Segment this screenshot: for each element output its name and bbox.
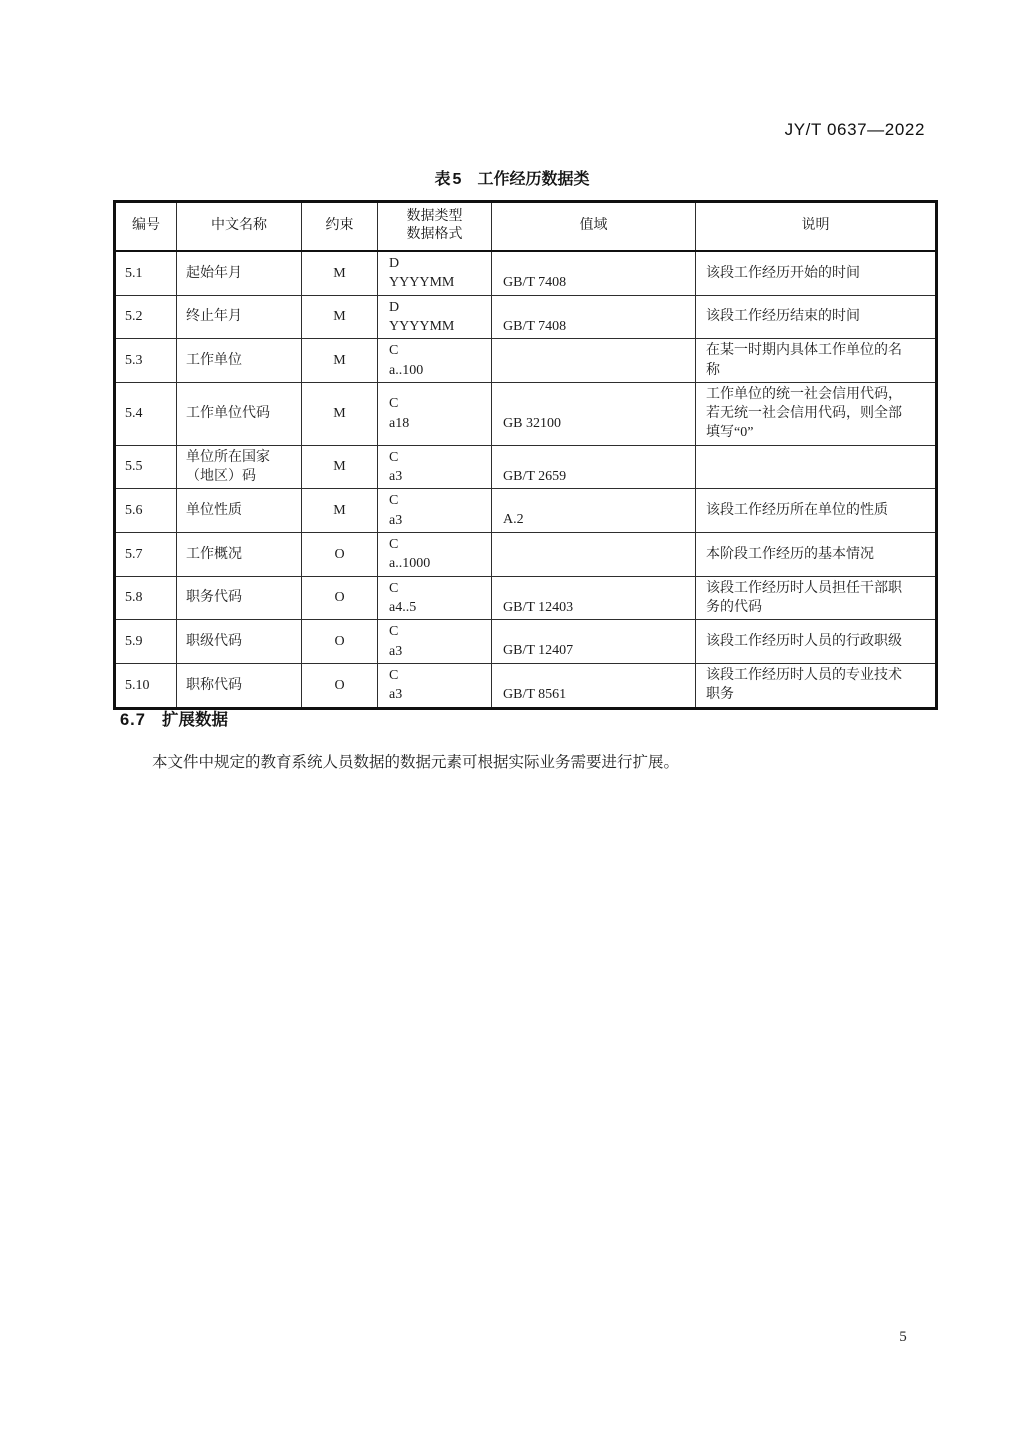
cell-domain: GB 32100 — [492, 382, 696, 445]
data-type: C — [389, 394, 487, 413]
cell-name: 起始年月 — [177, 251, 302, 295]
section-heading: 6.7扩展数据 — [120, 706, 228, 730]
table-row: 5.10职称代码OCa3GB/T 8561该段工作经历时人员的专业技术职务 — [115, 663, 937, 708]
cell-name: 工作概况 — [177, 533, 302, 577]
cell-id: 5.5 — [115, 445, 177, 489]
cell-desc: 该段工作经历时人员的专业技术职务 — [696, 663, 937, 708]
cell-domain: GB/T 7408 — [492, 295, 696, 339]
cell-constraint: O — [302, 576, 378, 620]
cell-id: 5.6 — [115, 489, 177, 533]
data-type: C — [389, 448, 487, 467]
cell-type-format: DYYYYMM — [378, 295, 492, 339]
document-number: JY/T 0637—2022 — [785, 120, 925, 140]
table-row: 5.8职务代码OCa4..5GB/T 12403该段工作经历时人员担任干部职务的… — [115, 576, 937, 620]
table-body: 5.1起始年月MDYYYYMMGB/T 7408该段工作经历开始的时间5.2终止… — [115, 251, 937, 708]
table-row: 5.2终止年月MDYYYYMMGB/T 7408该段工作经历结束的时间 — [115, 295, 937, 339]
cell-type-format: DYYYYMM — [378, 251, 492, 295]
column-header-constraint: 约束 — [302, 202, 378, 251]
data-type: C — [389, 666, 487, 685]
cell-domain: GB/T 7408 — [492, 251, 696, 295]
cell-type-format: Ca3 — [378, 445, 492, 489]
cell-domain: GB/T 2659 — [492, 445, 696, 489]
data-type: D — [389, 298, 487, 317]
cell-domain — [492, 533, 696, 577]
cell-id: 5.7 — [115, 533, 177, 577]
table-caption-title: 工作经历数据类 — [477, 171, 589, 188]
cell-constraint: M — [302, 445, 378, 489]
cell-constraint: M — [302, 339, 378, 383]
column-header-name: 中文名称 — [177, 202, 302, 251]
cell-name: 单位所在国家（地区）码 — [177, 445, 302, 489]
table-row: 5.1起始年月MDYYYYMMGB/T 7408该段工作经历开始的时间 — [115, 251, 937, 295]
cell-domain: GB/T 8561 — [492, 663, 696, 708]
cell-type-format: Ca3 — [378, 620, 492, 664]
table-header-row: 编号 中文名称 约束 数据类型 数据格式 值域 说明 — [115, 202, 937, 251]
cell-id: 5.9 — [115, 620, 177, 664]
cell-name: 职称代码 — [177, 663, 302, 708]
cell-id: 5.4 — [115, 382, 177, 445]
domain-text: GB/T 7408 — [503, 317, 691, 336]
data-type: C — [389, 535, 487, 554]
cell-desc: 本阶段工作经历的基本情况 — [696, 533, 937, 577]
table-row: 5.3工作单位MCa..100在某一时期内具体工作单位的名称 — [115, 339, 937, 383]
cell-constraint: O — [302, 663, 378, 708]
domain-text: GB/T 7408 — [503, 273, 691, 292]
cell-name: 工作单位代码 — [177, 382, 302, 445]
data-format: a..100 — [389, 361, 487, 380]
domain-text: GB 32100 — [503, 414, 691, 433]
table-row: 5.9职级代码OCa3GB/T 12407该段工作经历时人员的行政职级 — [115, 620, 937, 664]
table-row: 5.7工作概况OCa..1000本阶段工作经历的基本情况 — [115, 533, 937, 577]
cell-constraint: M — [302, 382, 378, 445]
cell-name: 职务代码 — [177, 576, 302, 620]
table-caption-number: 表5 — [435, 171, 464, 188]
table-row: 5.5单位所在国家（地区）码MCa3GB/T 2659 — [115, 445, 937, 489]
cell-desc: 该段工作经历时人员担任干部职务的代码 — [696, 576, 937, 620]
table-row: 5.6单位性质MCa3A.2该段工作经历所在单位的性质 — [115, 489, 937, 533]
cell-id: 5.10 — [115, 663, 177, 708]
data-format: a18 — [389, 414, 487, 433]
section-title: 扩展数据 — [162, 711, 228, 729]
cell-type-format: Ca3 — [378, 489, 492, 533]
data-type: C — [389, 579, 487, 598]
data-format: YYYYMM — [389, 317, 487, 336]
data-type: C — [389, 341, 487, 360]
data-format: a4..5 — [389, 598, 487, 617]
column-header-id: 编号 — [115, 202, 177, 251]
cell-name: 单位性质 — [177, 489, 302, 533]
data-type: D — [389, 254, 487, 273]
data-format: a3 — [389, 467, 487, 486]
domain-text: A.2 — [503, 510, 691, 529]
cell-type-format: Ca..1000 — [378, 533, 492, 577]
page-number: 5 — [890, 1329, 916, 1346]
cell-desc: 该段工作经历时人员的行政职级 — [696, 620, 937, 664]
data-format: a3 — [389, 685, 487, 704]
cell-id: 5.8 — [115, 576, 177, 620]
cell-type-format: Ca4..5 — [378, 576, 492, 620]
domain-text — [503, 554, 691, 573]
cell-desc: 该段工作经历所在单位的性质 — [696, 489, 937, 533]
cell-name: 终止年月 — [177, 295, 302, 339]
data-type: C — [389, 491, 487, 510]
data-format: a3 — [389, 511, 487, 530]
cell-desc: 工作单位的统一社会信用代码，若无统一社会信用代码，则全部填写“0” — [696, 382, 937, 445]
domain-text: GB/T 12407 — [503, 641, 691, 660]
domain-text: GB/T 2659 — [503, 467, 691, 486]
cell-type-format: Ca..100 — [378, 339, 492, 383]
column-header-type-line2: 数据格式 — [380, 226, 489, 244]
cell-desc: 该段工作经历结束的时间 — [696, 295, 937, 339]
column-header-type-line1: 数据类型 — [380, 208, 489, 226]
cell-constraint: M — [302, 251, 378, 295]
work-experience-data-table: 编号 中文名称 约束 数据类型 数据格式 值域 说明 5.1起始年月MDYYYY… — [113, 200, 938, 710]
section-number: 6.7 — [120, 711, 146, 729]
cell-id: 5.1 — [115, 251, 177, 295]
cell-name: 工作单位 — [177, 339, 302, 383]
cell-name: 职级代码 — [177, 620, 302, 664]
data-type: C — [389, 622, 487, 641]
table-row: 5.4工作单位代码MCa18GB 32100工作单位的统一社会信用代码，若无统一… — [115, 382, 937, 445]
column-header-desc: 说明 — [696, 202, 937, 251]
cell-desc — [696, 445, 937, 489]
domain-text: GB/T 8561 — [503, 685, 691, 704]
cell-desc: 在某一时期内具体工作单位的名称 — [696, 339, 937, 383]
section-paragraph: 本文件中规定的教育系统人员数据的数据元素可根据实际业务需要进行扩展。 — [152, 751, 882, 774]
data-format: a3 — [389, 642, 487, 661]
data-format: a..1000 — [389, 554, 487, 573]
cell-type-format: Ca3 — [378, 663, 492, 708]
cell-domain — [492, 339, 696, 383]
cell-id: 5.2 — [115, 295, 177, 339]
cell-domain: GB/T 12403 — [492, 576, 696, 620]
cell-desc: 该段工作经历开始的时间 — [696, 251, 937, 295]
cell-domain: GB/T 12407 — [492, 620, 696, 664]
cell-type-format: Ca18 — [378, 382, 492, 445]
data-format: YYYYMM — [389, 273, 487, 292]
column-header-domain: 值域 — [492, 202, 696, 251]
cell-constraint: M — [302, 489, 378, 533]
cell-id: 5.3 — [115, 339, 177, 383]
column-header-type-format: 数据类型 数据格式 — [378, 202, 492, 251]
domain-text — [503, 360, 691, 379]
cell-constraint: O — [302, 533, 378, 577]
cell-constraint: O — [302, 620, 378, 664]
cell-domain: A.2 — [492, 489, 696, 533]
cell-constraint: M — [302, 295, 378, 339]
domain-text: GB/T 12403 — [503, 598, 691, 617]
table-caption: 表5工作经历数据类 — [0, 166, 1024, 189]
